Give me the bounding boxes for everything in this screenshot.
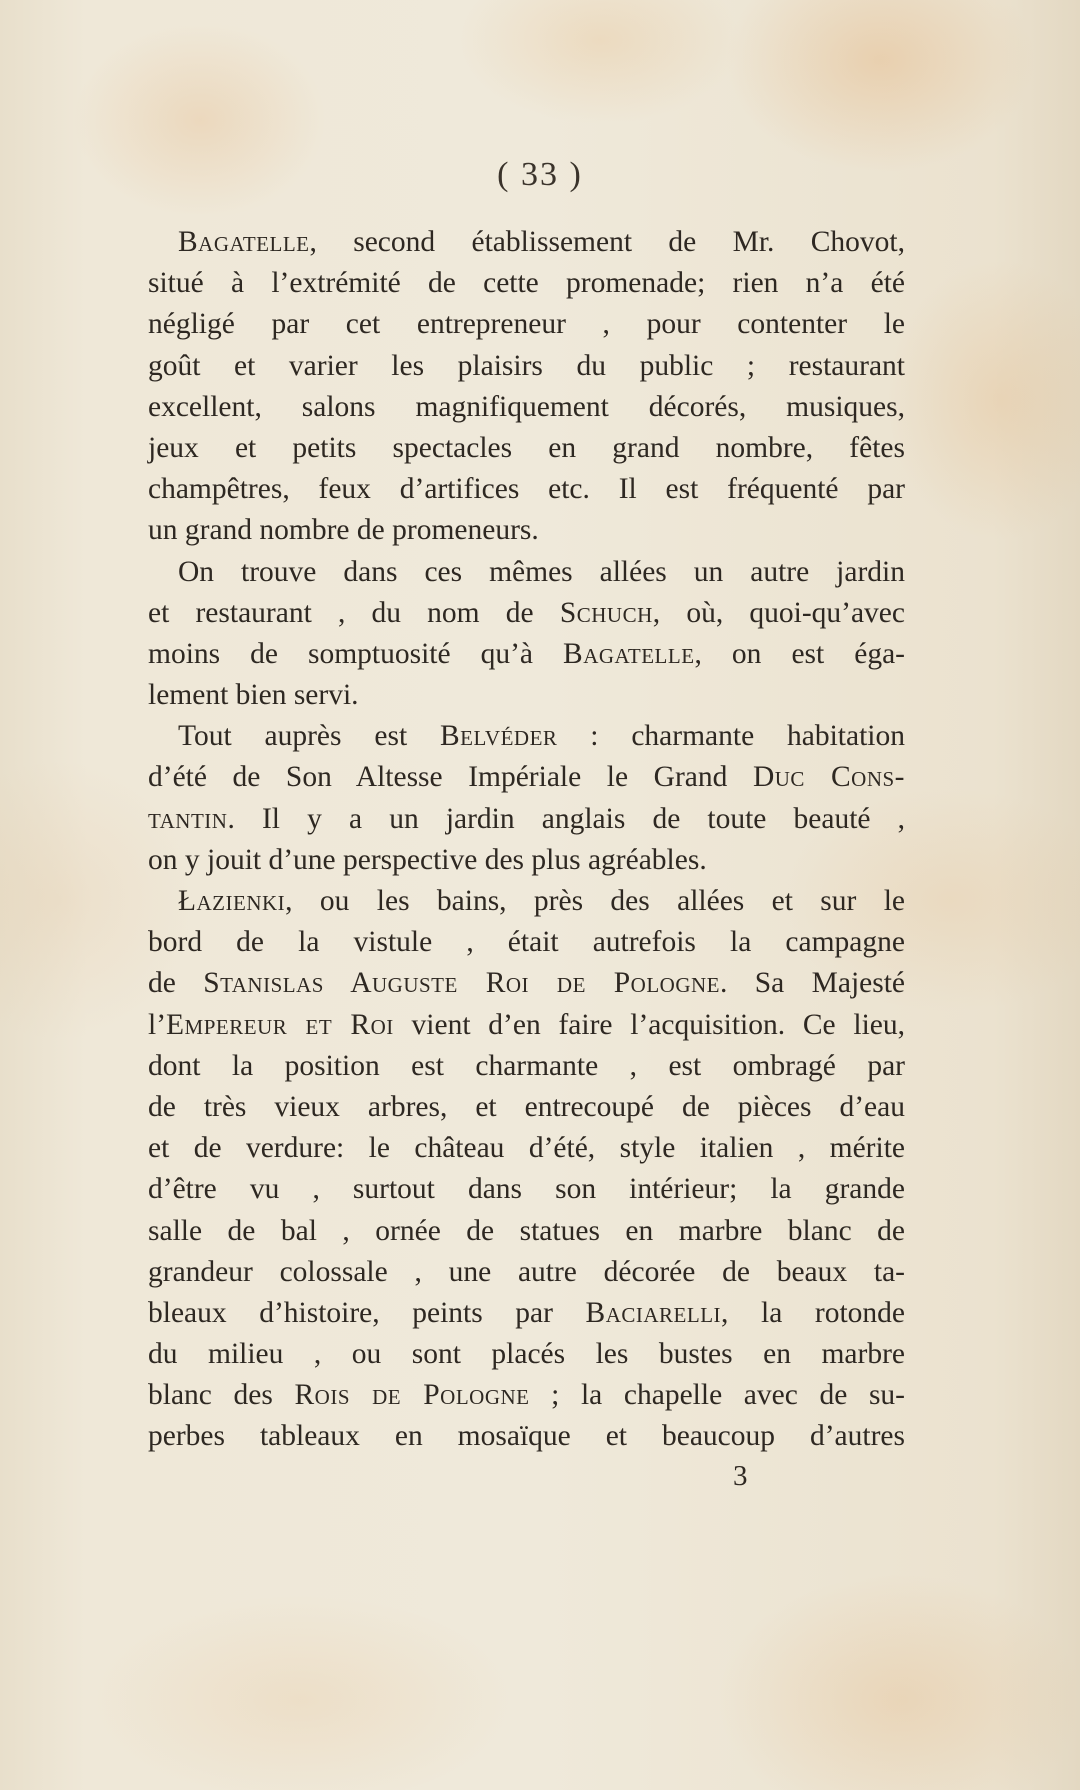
page-number: ( 33 ) bbox=[0, 156, 1080, 194]
text-line: bord de la vistule , était autrefois la … bbox=[148, 922, 905, 963]
text-run: et restaurant , du nom de bbox=[148, 597, 560, 629]
text-line: salle de bal , ornée de statues en marbr… bbox=[148, 1211, 905, 1252]
text-line: grandeur colossale , une autre décorée d… bbox=[148, 1252, 905, 1293]
text-line: et restaurant , du nom de Schuch, où, qu… bbox=[148, 593, 905, 634]
text-run: d’été de Son Altesse Impériale le Grand bbox=[148, 761, 753, 793]
text-run: ; la chapelle avec de su- bbox=[530, 1379, 906, 1411]
text-line: bleaux d’histoire, peints par Baciarelli… bbox=[148, 1293, 905, 1334]
text-line: jeux et petits spectacles en grand nombr… bbox=[148, 428, 905, 469]
text-run: : charmante habitation bbox=[557, 720, 905, 752]
text-run: perbes tableaux en mosaïque et beaucoup … bbox=[148, 1420, 905, 1452]
proper-name: Stanislas Auguste Roi de Pologne bbox=[203, 967, 720, 999]
text-run: grandeur colossale , une autre décorée d… bbox=[148, 1256, 905, 1288]
text-run: champêtres, feux d’artifices etc. Il est… bbox=[148, 473, 905, 505]
text-line: lement bien servi. bbox=[148, 675, 905, 716]
text-run: excellent, salons magnifiquement décorés… bbox=[148, 391, 905, 423]
text-line: dont la position est charmante , est omb… bbox=[148, 1046, 905, 1087]
text-run: vient d’en faire l’acquisition. Ce lieu, bbox=[394, 1009, 905, 1041]
text-line: un grand nombre de promeneurs. bbox=[148, 510, 905, 551]
text-line: tantin. Il y a un jardin anglais de tout… bbox=[148, 799, 905, 840]
text-run: jeux et petits spectacles en grand nombr… bbox=[148, 432, 905, 464]
proper-name: Bagatelle bbox=[563, 638, 694, 670]
text-run: un grand nombre de promeneurs. bbox=[148, 514, 539, 546]
text-line: et de verdure: le château d’été, style i… bbox=[148, 1128, 905, 1169]
text-line: de Stanislas Auguste Roi de Pologne. Sa … bbox=[148, 963, 905, 1004]
text-run: situé à l’extrémité de cette promenade; … bbox=[148, 267, 905, 299]
proper-name: Schuch bbox=[560, 597, 653, 629]
text-run: , second établissement de Mr. Chovot, bbox=[309, 226, 905, 258]
text-run: , ou les bains, près des allées et sur l… bbox=[285, 885, 905, 917]
proper-name: Rois de Pologne bbox=[294, 1379, 529, 1411]
proper-name: Duc Cons- bbox=[753, 761, 905, 793]
text-line: moins de somptuosité qu’à Bagatelle, on … bbox=[148, 634, 905, 675]
text-run: , on est éga- bbox=[695, 638, 905, 670]
paragraph: Tout auprès est Belvéder : charmante hab… bbox=[148, 716, 905, 881]
proper-name: tantin bbox=[148, 803, 227, 835]
text-run: . Sa Majesté bbox=[720, 967, 905, 999]
text-line: Łazienki, ou les bains, près des allées … bbox=[148, 881, 905, 922]
text-line: du milieu , ou sont placés les bustes en… bbox=[148, 1334, 905, 1375]
text-line: de très vieux arbres, et entrecoupé de p… bbox=[148, 1087, 905, 1128]
text-run: bord de la vistule , était autrefois la … bbox=[148, 926, 905, 958]
text-run: On trouve dans ces mêmes allées un autre… bbox=[178, 556, 905, 588]
text-line: champêtres, feux d’artifices etc. Il est… bbox=[148, 469, 905, 510]
text-run: lement bien servi. bbox=[148, 679, 359, 711]
proper-name: Bagatelle bbox=[178, 226, 309, 258]
text-line: Bagatelle, second établissement de Mr. C… bbox=[148, 222, 905, 263]
text-run: salle de bal , ornée de statues en marbr… bbox=[148, 1215, 905, 1247]
text-line: On trouve dans ces mêmes allées un autre… bbox=[148, 552, 905, 593]
text-line: négligé par cet entrepreneur , pour cont… bbox=[148, 304, 905, 345]
text-line: on y jouit d’une perspective des plus ag… bbox=[148, 840, 905, 881]
book-page: ( 33 ) Bagatelle, second établissement d… bbox=[0, 0, 1080, 1790]
text-run: goût et varier les plaisirs du public ; … bbox=[148, 350, 905, 382]
text-line: goût et varier les plaisirs du public ; … bbox=[148, 346, 905, 387]
paragraph: Bagatelle, second établissement de Mr. C… bbox=[148, 222, 905, 552]
text-run: Tout auprès est bbox=[178, 720, 440, 752]
text-run: . Il y a un jardin anglais de toute beau… bbox=[227, 803, 905, 835]
proper-name: Empereur et Roi bbox=[166, 1009, 394, 1041]
text-run: , la rotonde bbox=[721, 1297, 905, 1329]
text-run: , où, quoi-qu’avec bbox=[653, 597, 905, 629]
text-line: Tout auprès est Belvéder : charmante hab… bbox=[148, 716, 905, 757]
proper-name: Belvéder bbox=[440, 720, 557, 752]
text-run: bleaux d’histoire, peints par bbox=[148, 1297, 586, 1329]
text-line: d’été de Son Altesse Impériale le Grand … bbox=[148, 757, 905, 798]
text-run: de très vieux arbres, et entrecoupé de p… bbox=[148, 1091, 905, 1123]
proper-name: Baciarelli bbox=[586, 1297, 722, 1329]
paragraph: On trouve dans ces mêmes allées un autre… bbox=[148, 552, 905, 717]
text-line: perbes tableaux en mosaïque et beaucoup … bbox=[148, 1416, 905, 1457]
text-line: d’être vu , surtout dans son intérieur; … bbox=[148, 1169, 905, 1210]
signature-mark: 3 bbox=[733, 1460, 748, 1493]
text-run: l’ bbox=[148, 1009, 166, 1041]
text-run: et de verdure: le château d’été, style i… bbox=[148, 1132, 905, 1164]
text-run: du milieu , ou sont placés les bustes en… bbox=[148, 1338, 905, 1370]
proper-name: Łazienki bbox=[178, 885, 285, 917]
paragraph: Łazienki, ou les bains, près des allées … bbox=[148, 881, 905, 1458]
text-run: moins de somptuosité qu’à bbox=[148, 638, 563, 670]
text-line: l’Empereur et Roi vient d’en faire l’acq… bbox=[148, 1005, 905, 1046]
text-run: dont la position est charmante , est omb… bbox=[148, 1050, 905, 1082]
text-run: on y jouit d’une perspective des plus ag… bbox=[148, 844, 707, 876]
body-text: Bagatelle, second établissement de Mr. C… bbox=[148, 222, 905, 1458]
text-line: blanc des Rois de Pologne ; la chapelle … bbox=[148, 1375, 905, 1416]
text-line: excellent, salons magnifiquement décorés… bbox=[148, 387, 905, 428]
text-run: négligé par cet entrepreneur , pour cont… bbox=[148, 308, 905, 340]
text-run: d’être vu , surtout dans son intérieur; … bbox=[148, 1173, 905, 1205]
text-line: situé à l’extrémité de cette promenade; … bbox=[148, 263, 905, 304]
text-run: blanc des bbox=[148, 1379, 294, 1411]
text-run: de bbox=[148, 967, 203, 999]
